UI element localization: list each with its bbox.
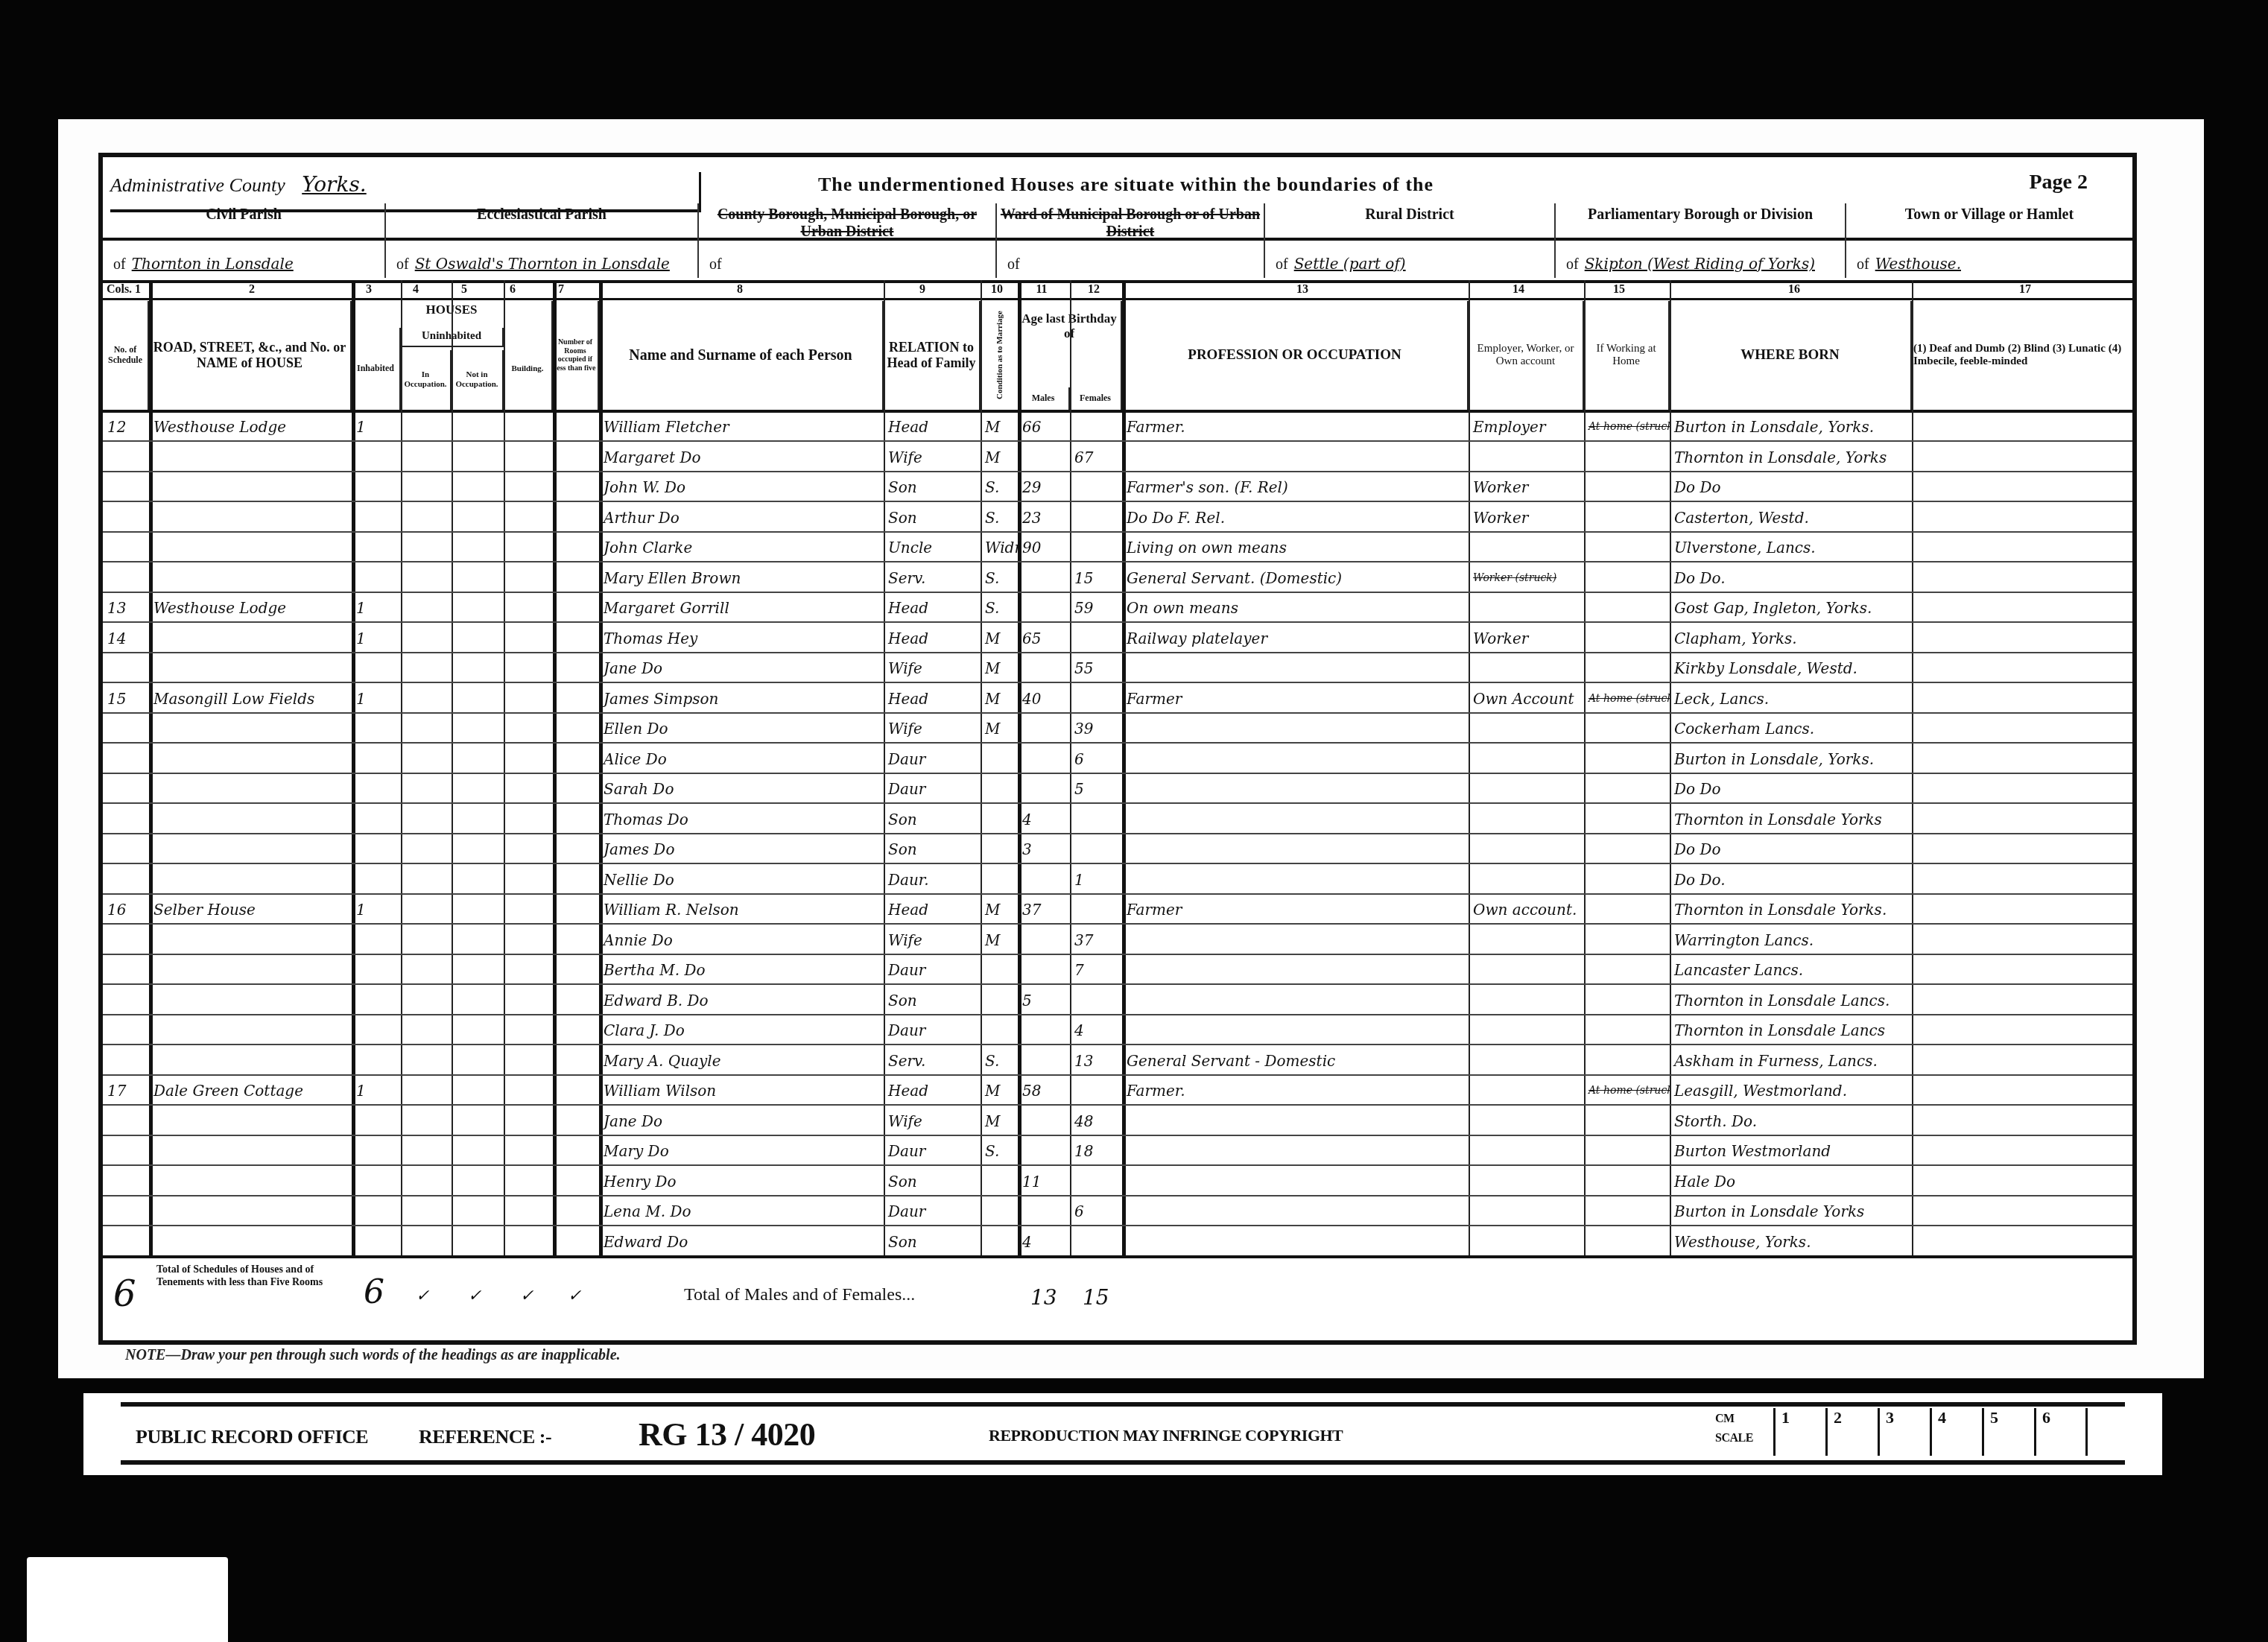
cell-infirmity <box>1912 410 2128 440</box>
cell-name: Sarah Do <box>599 773 884 802</box>
cell-infirmity <box>1912 682 2128 712</box>
table-row: Bertha M. DoDaur7Lancaster Lancs. <box>103 954 2132 985</box>
cell-house <box>149 863 352 893</box>
cell-inhabited <box>352 1105 401 1135</box>
cell-at-home: At home (struck) <box>1584 410 1670 440</box>
cell-at-home <box>1584 531 1670 561</box>
cell-infirmity <box>1912 592 2128 621</box>
cell-female-age: 6 <box>1070 1195 1122 1225</box>
cell-occupation: General Servant. (Domestic) <box>1122 562 1469 592</box>
cell-house <box>149 833 352 863</box>
cell-condition: M <box>981 1074 1018 1104</box>
cell-male-age <box>1018 863 1070 893</box>
cell-occupation <box>1122 1195 1469 1225</box>
district-label: Town or Village or Hamlet <box>1846 206 2132 224</box>
cell-occupation <box>1122 984 1469 1014</box>
district-rural: Rural District ofSettle (part of) <box>1265 203 1556 278</box>
census-form: Administrative County Yorks. The underme… <box>98 153 2137 1345</box>
cell-name: Clara J. Do <box>599 1014 884 1044</box>
district-ward: Ward of Municipal Borough or of Urban Di… <box>997 203 1265 278</box>
cell-infirmity <box>1912 803 2128 833</box>
scale-mark: 4 <box>1930 1408 1982 1456</box>
cell-house <box>149 924 352 954</box>
cell-schedule <box>103 712 149 742</box>
cell-male-age: 65 <box>1018 622 1070 652</box>
cell-inhabited <box>352 531 401 561</box>
cell-inhabited <box>352 803 401 833</box>
header-road: ROAD, STREET, &c., and No. or NAME of HO… <box>149 301 352 410</box>
cell-infirmity <box>1912 562 2128 592</box>
cell-employer <box>1469 863 1584 893</box>
cell-born: Westhouse, Yorks. <box>1670 1226 1912 1255</box>
cell-employer: Worker <box>1469 501 1584 531</box>
cell-occupation <box>1122 1165 1469 1195</box>
cell-condition: M <box>981 622 1018 652</box>
col-num: 3 <box>366 283 372 297</box>
cell-male-age <box>1018 441 1070 471</box>
cell-house <box>149 652 352 682</box>
district-parliamentary: Parliamentary Borough or Division ofSkip… <box>1556 203 1846 278</box>
district-value: Settle (part of) <box>1294 255 1406 273</box>
cell-relation: Son <box>884 501 981 531</box>
cell-name: Nellie Do <box>599 863 884 893</box>
district-headings: Civil Parish ofThornton in Lonsdale Eccl… <box>103 203 2132 278</box>
cell-condition: M <box>981 441 1018 471</box>
cell-occupation <box>1122 1226 1469 1255</box>
cell-born: Warrington Lancs. <box>1670 924 1912 954</box>
cell-relation: Daur <box>884 954 981 983</box>
of-prefix: of <box>1276 256 1288 273</box>
col-num: 9 <box>919 283 925 297</box>
cell-schedule <box>103 803 149 833</box>
cell-at-home <box>1584 863 1670 893</box>
cell-relation: Head <box>884 893 981 923</box>
header-infirmity: (1) Deaf and Dumb (2) Blind (3) Lunatic … <box>1912 301 2128 410</box>
cell-infirmity <box>1912 622 2128 652</box>
cell-born: Ulverstone, Lancs. <box>1670 531 1912 561</box>
cell-inhabited <box>352 471 401 501</box>
cell-condition: M <box>981 1105 1018 1135</box>
table-row: Henry DoSon11Hale Do <box>103 1165 2132 1196</box>
cell-infirmity <box>1912 1014 2128 1044</box>
cell-name: Arthur Do <box>599 501 884 531</box>
cell-condition <box>981 1165 1018 1195</box>
table-row: Thomas DoSon4Thornton in Lonsdale Yorks <box>103 803 2132 834</box>
cell-condition: S. <box>981 501 1018 531</box>
header-schedule: No. of Schedule <box>103 301 149 410</box>
cell-employer <box>1469 743 1584 773</box>
cell-infirmity <box>1912 924 2128 954</box>
cell-inhabited: 1 <box>352 893 401 923</box>
cell-at-home <box>1584 1165 1670 1195</box>
cell-born: Leck, Lancs. <box>1670 682 1912 712</box>
cell-condition: S. <box>981 592 1018 621</box>
table-row: 16Selber House1William R. NelsonHeadM37F… <box>103 893 2132 925</box>
cell-female-age: 59 <box>1070 592 1122 621</box>
cell-condition: M <box>981 893 1018 923</box>
scale-mark: 2 <box>1825 1408 1878 1456</box>
cell-inhabited <box>352 1165 401 1195</box>
cell-inhabited: 1 <box>352 682 401 712</box>
cell-condition <box>981 833 1018 863</box>
col-num: 2 <box>249 283 255 297</box>
cell-schedule <box>103 501 149 531</box>
cell-name: Annie Do <box>599 924 884 954</box>
cell-relation: Son <box>884 833 981 863</box>
cell-occupation: On own means <box>1122 592 1469 621</box>
cell-relation: Daur <box>884 1014 981 1044</box>
col-num: 7 <box>558 283 564 297</box>
admin-county-value: Yorks. <box>302 172 367 197</box>
cell-infirmity <box>1912 1226 2128 1255</box>
cell-male-age <box>1018 562 1070 592</box>
cell-employer <box>1469 924 1584 954</box>
cell-name: Mary Ellen Brown <box>599 562 884 592</box>
cell-name: Edward Do <box>599 1226 884 1255</box>
col-num: 12 <box>1088 283 1100 297</box>
header-relation: RELATION to Head of Family <box>884 301 981 410</box>
cell-house <box>149 1226 352 1255</box>
cell-relation: Son <box>884 471 981 501</box>
district-value: Westhouse. <box>1875 255 1961 273</box>
cell-name: William Wilson <box>599 1074 884 1104</box>
cell-relation: Son <box>884 984 981 1014</box>
cell-male-age: 66 <box>1018 410 1070 440</box>
cell-house <box>149 471 352 501</box>
cell-relation: Wife <box>884 924 981 954</box>
cell-schedule <box>103 1135 149 1164</box>
table-row: Jane DoWifeM55Kirkby Lonsdale, Westd. <box>103 652 2132 683</box>
cell-employer: Own Account <box>1469 682 1584 712</box>
cell-born: Thornton in Lonsdale, Yorks <box>1670 441 1912 471</box>
cell-house: Selber House <box>149 893 352 923</box>
cell-employer <box>1469 984 1584 1014</box>
cell-name: Margaret Do <box>599 441 884 471</box>
cell-name: James Do <box>599 833 884 863</box>
cell-schedule <box>103 1226 149 1255</box>
page-number: Page 2 <box>2029 171 2088 194</box>
cell-at-home <box>1584 1045 1670 1074</box>
cell-occupation <box>1122 1014 1469 1044</box>
header-employer: Employer, Worker, or Own account <box>1469 301 1584 410</box>
cell-name: Jane Do <box>599 1105 884 1135</box>
cell-occupation: Farmer's son. (F. Rel) <box>1122 471 1469 501</box>
header-in-occupation: In Occupation. <box>401 350 452 410</box>
cell-born: Do Do <box>1670 471 1912 501</box>
table-row: Edward B. DoSon5Thornton in Lonsdale Lan… <box>103 984 2132 1015</box>
cell-infirmity <box>1912 1135 2128 1164</box>
scale-label-cm: CM <box>1715 1413 1735 1426</box>
cell-employer <box>1469 441 1584 471</box>
cell-born: Burton Westmorland <box>1670 1135 1912 1164</box>
col-num: 17 <box>2019 283 2031 297</box>
cell-male-age <box>1018 592 1070 621</box>
cell-house <box>149 984 352 1014</box>
cell-inhabited <box>352 441 401 471</box>
cell-house <box>149 1105 352 1135</box>
col-num: 15 <box>1613 283 1625 297</box>
total-males-females-label: Total of Males and of Females... <box>684 1285 915 1305</box>
cell-employer: Own account. <box>1469 893 1584 923</box>
col-num: 11 <box>1036 283 1047 297</box>
cell-name: Margaret Gorrill <box>599 592 884 621</box>
cell-male-age <box>1018 652 1070 682</box>
district-label: County Borough, Municipal Borough, or Ur… <box>699 206 995 241</box>
cell-born: Do Do. <box>1670 863 1912 893</box>
cell-relation: Daur <box>884 1195 981 1225</box>
cell-employer <box>1469 592 1584 621</box>
cell-relation: Daur <box>884 1135 981 1164</box>
cell-condition: M <box>981 712 1018 742</box>
totals-row: 6 Total of Schedules of Houses and of Te… <box>103 1255 2132 1340</box>
cell-schedule: 15 <box>103 682 149 712</box>
cell-infirmity <box>1912 1074 2128 1104</box>
cell-schedule <box>103 1105 149 1135</box>
cell-inhabited <box>352 712 401 742</box>
archive-reference-strip: PUBLIC RECORD OFFICE REFERENCE :- RG 13 … <box>83 1393 2162 1475</box>
cell-schedule <box>103 954 149 983</box>
cell-schedule <box>103 984 149 1014</box>
of-prefix: of <box>113 256 126 273</box>
cell-house <box>149 803 352 833</box>
check-mark: ✓ <box>468 1287 481 1305</box>
cell-infirmity <box>1912 712 2128 742</box>
cell-male-age <box>1018 773 1070 802</box>
col-num: 13 <box>1296 283 1308 297</box>
cell-infirmity <box>1912 773 2128 802</box>
header-name: Name and Surname of each Person <box>599 301 884 410</box>
cell-employer: Worker <box>1469 471 1584 501</box>
boundaries-heading: The undermentioned Houses are situate wi… <box>818 174 1434 196</box>
table-row: 141Thomas HeyHeadM65Railway platelayerWo… <box>103 622 2132 653</box>
cell-born: Hale Do <box>1670 1165 1912 1195</box>
cell-occupation: Farmer <box>1122 893 1469 923</box>
cell-male-age: 23 <box>1018 501 1070 531</box>
header-condition: Condition as to Marriage <box>981 301 1018 410</box>
cell-infirmity <box>1912 1105 2128 1135</box>
cell-at-home <box>1584 924 1670 954</box>
cell-house <box>149 954 352 983</box>
cell-born: Do Do <box>1670 833 1912 863</box>
cell-at-home <box>1584 562 1670 592</box>
cell-born: Storth. Do. <box>1670 1105 1912 1135</box>
cell-schedule: 17 <box>103 1074 149 1104</box>
cell-occupation: General Servant - Domestic <box>1122 1045 1469 1074</box>
cell-schedule <box>103 1195 149 1225</box>
cell-inhabited <box>352 984 401 1014</box>
cell-house <box>149 441 352 471</box>
table-row: 17Dale Green Cottage1William WilsonHeadM… <box>103 1074 2132 1106</box>
cell-employer: Worker (struck) <box>1469 562 1584 592</box>
cell-condition <box>981 863 1018 893</box>
of-prefix: of <box>709 256 722 273</box>
cell-employer <box>1469 1074 1584 1104</box>
district-of-line: ofThornton in Lonsdale <box>113 255 294 273</box>
cell-name: Mary A. Quayle <box>599 1045 884 1074</box>
cell-at-home <box>1584 441 1670 471</box>
cell-born: Burton in Lonsdale Yorks <box>1670 1195 1912 1225</box>
cell-male-age <box>1018 1014 1070 1044</box>
header-at-home: If Working at Home <box>1584 301 1670 410</box>
cell-at-home <box>1584 471 1670 501</box>
cell-relation: Son <box>884 1165 981 1195</box>
cell-infirmity <box>1912 954 2128 983</box>
cell-female-age <box>1070 1074 1122 1104</box>
cell-schedule: 12 <box>103 410 149 440</box>
col-num: 4 <box>413 283 419 297</box>
cell-condition: S. <box>981 471 1018 501</box>
cell-male-age <box>1018 1045 1070 1074</box>
cell-male-age: 4 <box>1018 803 1070 833</box>
cell-house <box>149 1195 352 1225</box>
cell-female-age <box>1070 622 1122 652</box>
reference-label: REFERENCE :- <box>419 1426 551 1448</box>
scale-mark: 5 <box>1982 1408 2034 1456</box>
cell-occupation <box>1122 712 1469 742</box>
cell-schedule <box>103 924 149 954</box>
cell-at-home <box>1584 984 1670 1014</box>
reference-value: RG 13 / 4020 <box>639 1416 815 1454</box>
cell-relation: Daur <box>884 773 981 802</box>
cell-house <box>149 1014 352 1044</box>
cell-schedule <box>103 652 149 682</box>
cell-name: John Clarke <box>599 531 884 561</box>
cell-schedule <box>103 1165 149 1195</box>
cell-relation: Daur. <box>884 863 981 893</box>
cell-relation: Head <box>884 592 981 621</box>
district-town: Town or Village or Hamlet ofWesthouse. <box>1846 203 2132 278</box>
cell-schedule <box>103 1045 149 1074</box>
cell-schedule: 13 <box>103 592 149 621</box>
cell-inhabited <box>352 1226 401 1255</box>
table-row: John ClarkeUncleWidr90Living on own mean… <box>103 531 2132 562</box>
header-occupation: PROFESSION OR OCCUPATION <box>1122 301 1469 410</box>
cell-inhabited <box>352 1135 401 1164</box>
cell-occupation: Farmer. <box>1122 410 1469 440</box>
strip-rule <box>121 1460 2125 1465</box>
cell-male-age: 4 <box>1018 1226 1070 1255</box>
cell-female-age: 37 <box>1070 924 1122 954</box>
cell-house <box>149 501 352 531</box>
cell-house <box>149 562 352 592</box>
district-of-line: of <box>1007 255 1026 273</box>
cell-male-age <box>1018 1195 1070 1225</box>
table-row: Lena M. DoDaur6Burton in Lonsdale Yorks <box>103 1195 2132 1226</box>
total-schedules: 6 <box>113 1273 136 1315</box>
cell-schedule: 16 <box>103 893 149 923</box>
cell-infirmity <box>1912 471 2128 501</box>
cell-born: Do Do. <box>1670 562 1912 592</box>
cell-female-age: 18 <box>1070 1135 1122 1164</box>
district-civil-parish: Civil Parish ofThornton in Lonsdale <box>103 203 386 278</box>
cell-condition: S. <box>981 1135 1018 1164</box>
cell-occupation <box>1122 773 1469 802</box>
cell-condition <box>981 803 1018 833</box>
cell-at-home <box>1584 743 1670 773</box>
cell-relation: Wife <box>884 712 981 742</box>
cell-female-age <box>1070 1165 1122 1195</box>
cell-name: Mary Do <box>599 1135 884 1164</box>
table-row: Nellie DoDaur.1Do Do. <box>103 863 2132 895</box>
col-num: 16 <box>1788 283 1800 297</box>
cell-employer <box>1469 652 1584 682</box>
cell-born: Lancaster Lancs. <box>1670 954 1912 983</box>
cell-condition: M <box>981 410 1018 440</box>
table-row: Ellen DoWifeM39Cockerham Lancs. <box>103 712 2132 744</box>
table-row: Mary DoDaurS.18Burton Westmorland <box>103 1135 2132 1166</box>
scale-mark: 3 <box>1878 1408 1930 1456</box>
total-females: 15 <box>1083 1285 1109 1310</box>
cell-male-age: 29 <box>1018 471 1070 501</box>
cell-inhabited: 1 <box>352 410 401 440</box>
cell-employer <box>1469 954 1584 983</box>
cell-relation: Head <box>884 1074 981 1104</box>
table-row: Margaret DoWifeM67Thornton in Lonsdale, … <box>103 441 2132 472</box>
district-of-line: ofSkipton (West Riding of Yorks) <box>1566 255 1815 273</box>
cell-relation: Serv. <box>884 1045 981 1074</box>
cell-occupation <box>1122 1135 1469 1164</box>
cell-female-age: 6 <box>1070 743 1122 773</box>
admin-county-label: Administrative County <box>110 174 285 196</box>
cell-employer <box>1469 712 1584 742</box>
cell-infirmity <box>1912 984 2128 1014</box>
cell-born: Askham in Furness, Lancs. <box>1670 1045 1912 1074</box>
cell-female-age: 55 <box>1070 652 1122 682</box>
header-females: Females <box>1070 387 1122 410</box>
table-row: Mary Ellen BrownServ.S.15General Servant… <box>103 562 2132 593</box>
cell-infirmity <box>1912 1045 2128 1074</box>
cell-inhabited <box>352 863 401 893</box>
cell-female-age: 1 <box>1070 863 1122 893</box>
district-of-line: ofSt Oswald's Thornton in Lonsdale <box>396 255 670 273</box>
cell-male-age: 58 <box>1018 1074 1070 1104</box>
cell-employer <box>1469 531 1584 561</box>
cell-born: Leasgill, Westmorland. <box>1670 1074 1912 1104</box>
cell-female-age: 13 <box>1070 1045 1122 1074</box>
district-county-borough: County Borough, Municipal Borough, or Ur… <box>699 203 997 278</box>
cell-name: James Simpson <box>599 682 884 712</box>
blank-label-card <box>27 1557 228 1642</box>
cell-born: Thornton in Lonsdale Yorks <box>1670 803 1912 833</box>
col-num: 8 <box>737 283 743 297</box>
cell-female-age <box>1070 531 1122 561</box>
cell-condition <box>981 954 1018 983</box>
cell-house: Westhouse Lodge <box>149 410 352 440</box>
table-row: Mary A. QuayleServ.S.13General Servant -… <box>103 1045 2132 1076</box>
cell-employer <box>1469 1014 1584 1044</box>
cell-infirmity <box>1912 893 2128 923</box>
district-label: Ward of Municipal Borough or of Urban Di… <box>997 206 1264 241</box>
cell-condition: S. <box>981 1045 1018 1074</box>
cell-relation: Head <box>884 622 981 652</box>
cell-born: Thornton in Lonsdale Yorks. <box>1670 893 1912 923</box>
cell-female-age: 39 <box>1070 712 1122 742</box>
cell-occupation: Railway platelayer <box>1122 622 1469 652</box>
district-of-line: of <box>709 255 728 273</box>
district-label: Parliamentary Borough or Division <box>1556 206 1845 224</box>
col-num: 10 <box>991 283 1003 297</box>
cell-female-age <box>1070 893 1122 923</box>
cell-female-age <box>1070 803 1122 833</box>
cell-schedule <box>103 562 149 592</box>
total-schedules-label: Total of Schedules of Houses and of Tene… <box>156 1264 343 1290</box>
cell-occupation <box>1122 954 1469 983</box>
cell-name: Lena M. Do <box>599 1195 884 1225</box>
district-label: Rural District <box>1265 206 1554 224</box>
col-num: 5 <box>461 283 467 297</box>
cell-condition: M <box>981 924 1018 954</box>
cell-schedule <box>103 773 149 802</box>
